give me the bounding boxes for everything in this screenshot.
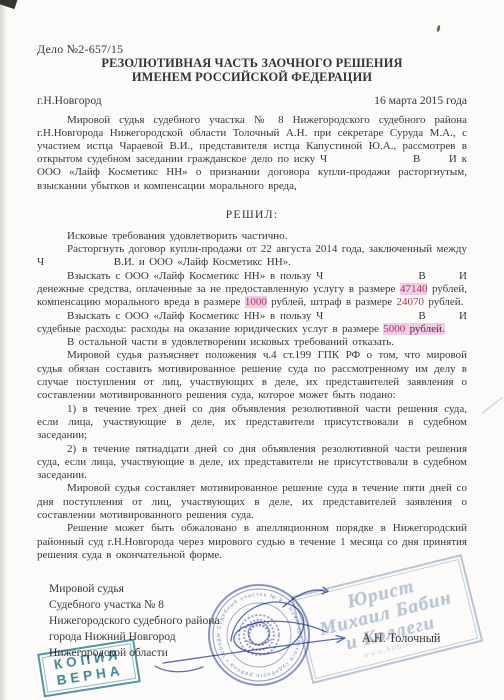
- paragraph-five-days: Мировой судья составляет мотивированное …: [37, 482, 467, 522]
- paragraph-gpk-explanation: Мировой судья разъясняет положения ч.4 с…: [37, 349, 467, 402]
- decision-text: Исковые требования удовлетворить частичн…: [37, 230, 467, 562]
- place-date-row: г.Н.Новгород 16 марта 2015 года: [37, 94, 467, 107]
- amount-fine: 24070: [397, 296, 425, 308]
- resolved-heading: РЕШИЛ:: [37, 207, 467, 221]
- highlighted-amount-legal: 5000: [383, 323, 405, 335]
- highlighted-amount-moral: 1000: [245, 296, 267, 308]
- title-line-1: РЕЗОЛЮТИВНАЯ ЧАСТЬ ЗАОЧНОГО РЕШЕНИЯ: [37, 57, 467, 71]
- scanned-court-document: Дело №2-657/15 РЕЗОЛЮТИВНАЯ ЧАСТЬ ЗАОЧНО…: [0, 0, 504, 700]
- scan-scratch-artifact: [481, 397, 502, 414]
- title-line-2: ИМЕНЕМ РОССИЙСКОЙ ФЕДЕРАЦИИ: [37, 71, 467, 85]
- case-number: Дело №2-657/15: [37, 42, 467, 56]
- paragraph-fifteen-days: 2) в течение пятнадцати дней со дня объя…: [37, 443, 467, 483]
- highlighted-suffix: рублей.: [405, 323, 444, 335]
- city-label: г.Н.Новгород: [37, 94, 102, 107]
- highlighted-amount-service: 47140: [400, 283, 428, 295]
- text-segment: рублей, штраф в размере: [267, 296, 397, 308]
- text-segment: рублей.: [424, 296, 463, 308]
- paragraph-three-days: 1) в течение трех дней со дня объявления…: [37, 403, 467, 443]
- scan-edge-shadow: [0, 0, 7, 700]
- paragraph-recover-amounts: Взыскать с ООО «Лайф Косметикс НН» в пол…: [37, 270, 467, 310]
- judge-name: А.Н. Толочный: [362, 631, 440, 646]
- paragraph-claims-partially: Исковые требования удовлетворить частичн…: [37, 230, 467, 243]
- paragraph-contract-terminated: Расторгнуть договор купли-продажи от 22 …: [37, 243, 467, 270]
- paragraph-appeal: Решение может быть обжаловано в апелляци…: [37, 522, 467, 562]
- paragraph-rest-denied: В остальной части в удовлетворении исков…: [37, 336, 467, 349]
- copy-stamp-inner: КОПИЯ ВЕРНА: [42, 643, 136, 693]
- paragraph-legal-costs: Взыскать с ООО «Лайф Косметикс НН» в пол…: [37, 310, 467, 337]
- scan-speck-artifact: [436, 25, 441, 33]
- document-body: Дело №2-657/15 РЕЗОЛЮТИВНАЯ ЧАСТЬ ЗАОЧНО…: [37, 42, 467, 562]
- document-title: РЕЗОЛЮТИВНАЯ ЧАСТЬ ЗАОЧНОГО РЕШЕНИЯ ИМЕН…: [37, 57, 467, 85]
- intro-paragraph: Мировой судья судебного участка № 8 Ниже…: [37, 114, 467, 193]
- judge-signature-icon: [133, 575, 373, 680]
- date-label: 16 марта 2015 года: [374, 94, 467, 107]
